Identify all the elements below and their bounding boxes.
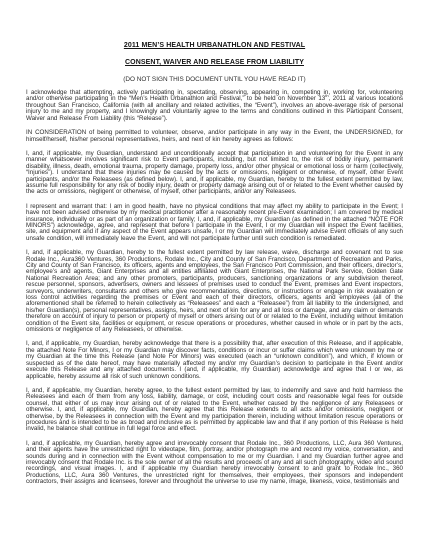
document-instruction-line: (DO NOT SIGN THIS DOCUMENT UNTIL YOU HAV… [26,76,403,83]
paragraph-unknown-conditions: I, and, if applicable, my Guardian, here… [26,341,403,379]
document-content: 2011 MEN’S HEALTH URBANATHLON AND FESTIV… [0,0,428,486]
paragraph-media-consent: I, and, if applicable, my Guardian, here… [26,441,403,486]
paragraph-risk-acceptance: I, and, if applicable, my Guardian, unde… [26,151,403,196]
document-page: 2011 MEN’S HEALTH URBANATHLON AND FESTIV… [0,0,428,554]
document-title-line1: 2011 MEN’S HEALTH URBANATHLON AND FESTIV… [26,42,403,50]
paragraph-release-of-releasees: I, and, if applicable, my Guardian, here… [26,250,403,333]
document-title-line2: CONSENT, WAIVER AND RELEASE FROM LIABILI… [26,59,403,67]
paragraph-acknowledgement: I acknowledge that attempting, actively … [26,90,403,122]
paragraph-representations-warranties: I represent and warrant that: I am in go… [26,204,403,242]
paragraph-indemnification: I, and, if applicable, my Guardian, here… [26,388,403,433]
paragraph-in-consideration: IN CONSIDERATION of being permitted to v… [26,130,403,143]
